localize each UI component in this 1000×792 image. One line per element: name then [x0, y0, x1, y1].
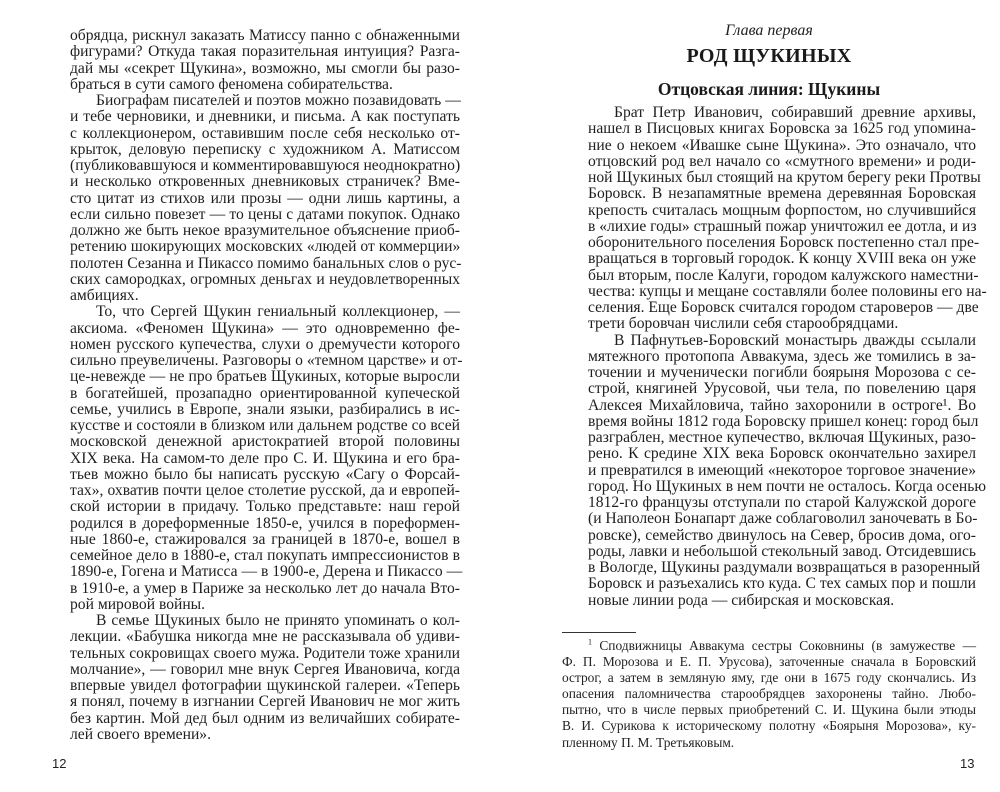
- text-line: крыток, деловую переписку с художником А…: [44, 142, 460, 158]
- text-line: и тебе черновики, и дневники, и письма. …: [44, 109, 460, 125]
- text-line: 1812-го французы отступали по старой Кал…: [562, 495, 976, 511]
- text-line: амбициях.: [44, 288, 460, 304]
- text-line: и несколько откровенных дневниковых стра…: [44, 174, 460, 190]
- text-line: тах», охватив почти целое столетие русск…: [44, 483, 460, 499]
- text-line: трети боровчан числили себя старообрядца…: [562, 316, 976, 332]
- text-line: Брат Петр Иванович, собиравший древние а…: [562, 105, 976, 121]
- paragraph: Биографам писателей и поэтов можно позав…: [44, 93, 460, 304]
- text-line: в Вологде, Щукины раздумали возвращаться…: [562, 560, 976, 576]
- text-line: и превратился в имеющий «некоторое торго…: [562, 463, 976, 479]
- text-line: разграблен, местное купечество, включая …: [562, 430, 976, 446]
- text-line: XIX века. На самом-то деле про С. И. Щук…: [44, 451, 460, 467]
- text-line: обрядца, рискнул заказать Матиссу панно …: [44, 28, 460, 44]
- text-line: тьев можно было бы написать русскую «Саг…: [44, 467, 460, 483]
- text-line: время войны 1812 года Боровску пришел ко…: [562, 414, 976, 430]
- footnote-line: опасения паломничества старообрядцев зах…: [562, 686, 976, 702]
- text-line: В Пафнутьев-Боровский монастырь дважды с…: [562, 333, 976, 349]
- text-line: должно же быть некое вразумительное объя…: [44, 223, 460, 239]
- text-line: если сильно повезет — то цены с датами п…: [44, 207, 460, 223]
- text-line: без картин. Мой дед был одним из величай…: [44, 711, 460, 727]
- text-line: Боровск и разъехались кто куда. С тех са…: [562, 576, 976, 592]
- text-line: город. Но Щукиных в нем почти не осталос…: [562, 479, 976, 495]
- text-line: ской истории в придачу. Только представь…: [44, 499, 460, 515]
- text-line: чества: купцы и мещане составляли более …: [562, 284, 976, 300]
- text-line: ные 1860-е, стажировался за границей в 1…: [44, 532, 460, 548]
- text-line: Боровск. В незапамятные времена деревянн…: [562, 186, 976, 202]
- text-line: полотен Сезанна и Пикассо помимо банальн…: [44, 256, 460, 272]
- footnote-line: Ф. П. Морозова и Е. П. Урусова), заточен…: [562, 654, 976, 670]
- text-line: роды, лавки и небольшой стекольный завод…: [562, 544, 976, 560]
- text-line: мятежного протопопа Аввакума, здесь же т…: [562, 349, 976, 365]
- text-line: лекции. «Бабушка никогда мне не рассказы…: [44, 629, 460, 645]
- text-line: семейное дело в 1880-е, стал покупать им…: [44, 548, 460, 564]
- text-line: 1890-е, Гогена и Матисса — в 1900-е, Дер…: [44, 564, 460, 580]
- paragraph: Брат Петр Иванович, собиравший древние а…: [562, 105, 976, 333]
- chapter-title: РОД ЩУКИНЫХ: [562, 45, 976, 68]
- text-line: лей своего времени».: [44, 727, 460, 743]
- text-line: це-невежде — не про братьев Щукиных, кот…: [44, 369, 460, 385]
- text-line: Биографам писателей и поэтов можно позав…: [44, 93, 460, 109]
- right-page-body: Брат Петр Иванович, собиравший древние а…: [562, 105, 976, 609]
- text-line: селения. Еще Боровск считался городом ст…: [562, 300, 976, 316]
- text-line: ровске), семейство двинулось на Север, б…: [562, 528, 976, 544]
- chapter-label: Глава первая: [562, 22, 976, 40]
- text-line: кусстве и состояли в близком или дальнем…: [44, 418, 460, 434]
- text-line: точении и мученически погибли боярыня Мо…: [562, 365, 976, 381]
- text-line: (и Наполеон Бонапарт даже соблаговолил з…: [562, 511, 976, 527]
- footnote: 1 Сподвижницы Аввакума сестры Соковнины …: [562, 638, 976, 751]
- text-line: строй, княгиней Урусовой, чьи тела, по п…: [562, 381, 976, 397]
- footnote-line: острог, а затем в земляную яму, где они …: [562, 670, 976, 686]
- text-line: В семье Щукиных было не принято упоминат…: [44, 613, 460, 629]
- footnote-marker: 1: [588, 638, 592, 647]
- section-title: Отцовская линия: Щукины: [562, 79, 976, 100]
- text-line: был вторым, после Калуги, городом калужс…: [562, 268, 976, 284]
- text-line: ретению шокирующих московских «людей от …: [44, 239, 460, 255]
- paragraph: В Пафнутьев-Боровский монастырь дважды с…: [562, 333, 976, 609]
- text-line: крепость считалась мощным форпостом, но …: [562, 203, 976, 219]
- text-line: родился в дореформенные 1850-е, учился в…: [44, 516, 460, 532]
- page-number-left: 12: [52, 756, 66, 771]
- text-line: ских самородках, огромных деньгах и неуд…: [44, 272, 460, 288]
- footnote-line: пытно, что в числе первых приобретений С…: [562, 702, 976, 718]
- text-line: нашел в Писцовых книгах Боровска за 1625…: [562, 121, 976, 137]
- text-line: ной Щукиных был стоящий на крутом берегу…: [562, 170, 976, 186]
- book-spread: обрядца, рискнул заказать Матиссу панно …: [0, 0, 1000, 792]
- paragraph: В семье Щукиных было не принято упоминат…: [44, 613, 460, 743]
- text-line: фигурами? Откуда такая поразительная инт…: [44, 44, 460, 60]
- text-line: отцовский род вел начало со «смутного вр…: [562, 154, 976, 170]
- text-line: аксиома. «Феномен Щукина» — это одноврем…: [44, 321, 460, 337]
- text-line: молчание», — говорил мне внук Сергея Ива…: [44, 662, 460, 678]
- text-line: московской денежной аристократией второй…: [44, 434, 460, 450]
- footnote-line: пленному П. М. Третьяковым.: [562, 735, 976, 751]
- text-line: рено. К средине XIX века Боровск окончат…: [562, 446, 976, 462]
- text-line: ние о некоем «Ивашке сыне Щукина». Это о…: [562, 138, 976, 154]
- text-line: (публиковавшуюся и комментировавшуюся не…: [44, 158, 460, 174]
- text-line: в «лихие годы» страшный пожар уничтожил …: [562, 219, 976, 235]
- footnote-line: В. И. Сурикова к историческому полотну «…: [562, 718, 976, 734]
- footnote-line: 1 Сподвижницы Аввакума сестры Соковнины …: [562, 638, 976, 654]
- text-line: в богатейшей, прозападно ориентированной…: [44, 386, 460, 402]
- text-line: я понял, почему в изгнании Сергей Иванов…: [44, 694, 460, 710]
- text-line: дай мы «секрет Щукина», возможно, мы смо…: [44, 61, 460, 77]
- paragraph: обрядца, рискнул заказать Матиссу панно …: [44, 28, 460, 93]
- text-line: тельных сокровищах своего мужа. Родители…: [44, 646, 460, 662]
- text-line: То, что Сергей Щукин гениальный коллекци…: [44, 304, 460, 320]
- text-line: сто цитат из стихов или прозы — одни лиш…: [44, 191, 460, 207]
- text-line: вращаться в торговый городок. К концу XV…: [562, 251, 976, 267]
- text-line: номен русского купечества, слухи о дрему…: [44, 337, 460, 353]
- text-line: семье, учились в Европе, знали языки, ра…: [44, 402, 460, 418]
- paragraph: То, что Сергей Щукин гениальный коллекци…: [44, 304, 460, 613]
- text-line: новые линии рода — сибирская и московска…: [562, 593, 976, 609]
- left-page: обрядца, рискнул заказать Матиссу панно …: [0, 0, 500, 792]
- text-line: Алексея Михайловича, тайно захоронили в …: [562, 398, 976, 414]
- footnote-divider: [562, 632, 636, 633]
- page-number-right: 13: [960, 756, 974, 771]
- text-line: впервые увидел фотографии щукинской гале…: [44, 678, 460, 694]
- text-line: браться в сути самого феномена собирател…: [44, 77, 460, 93]
- text-line: сильно преувеличены. Разговоры о «темном…: [44, 353, 460, 369]
- text-line: в 1910-е, а умер в Париже за несколько л…: [44, 581, 460, 597]
- text-line: оборонительного поселения Боровск постеп…: [562, 235, 976, 251]
- left-page-body: обрядца, рискнул заказать Матиссу панно …: [44, 28, 460, 743]
- text-line: с коллекционером, оставившим после себя …: [44, 126, 460, 142]
- text-line: рой мировой войны.: [44, 597, 460, 613]
